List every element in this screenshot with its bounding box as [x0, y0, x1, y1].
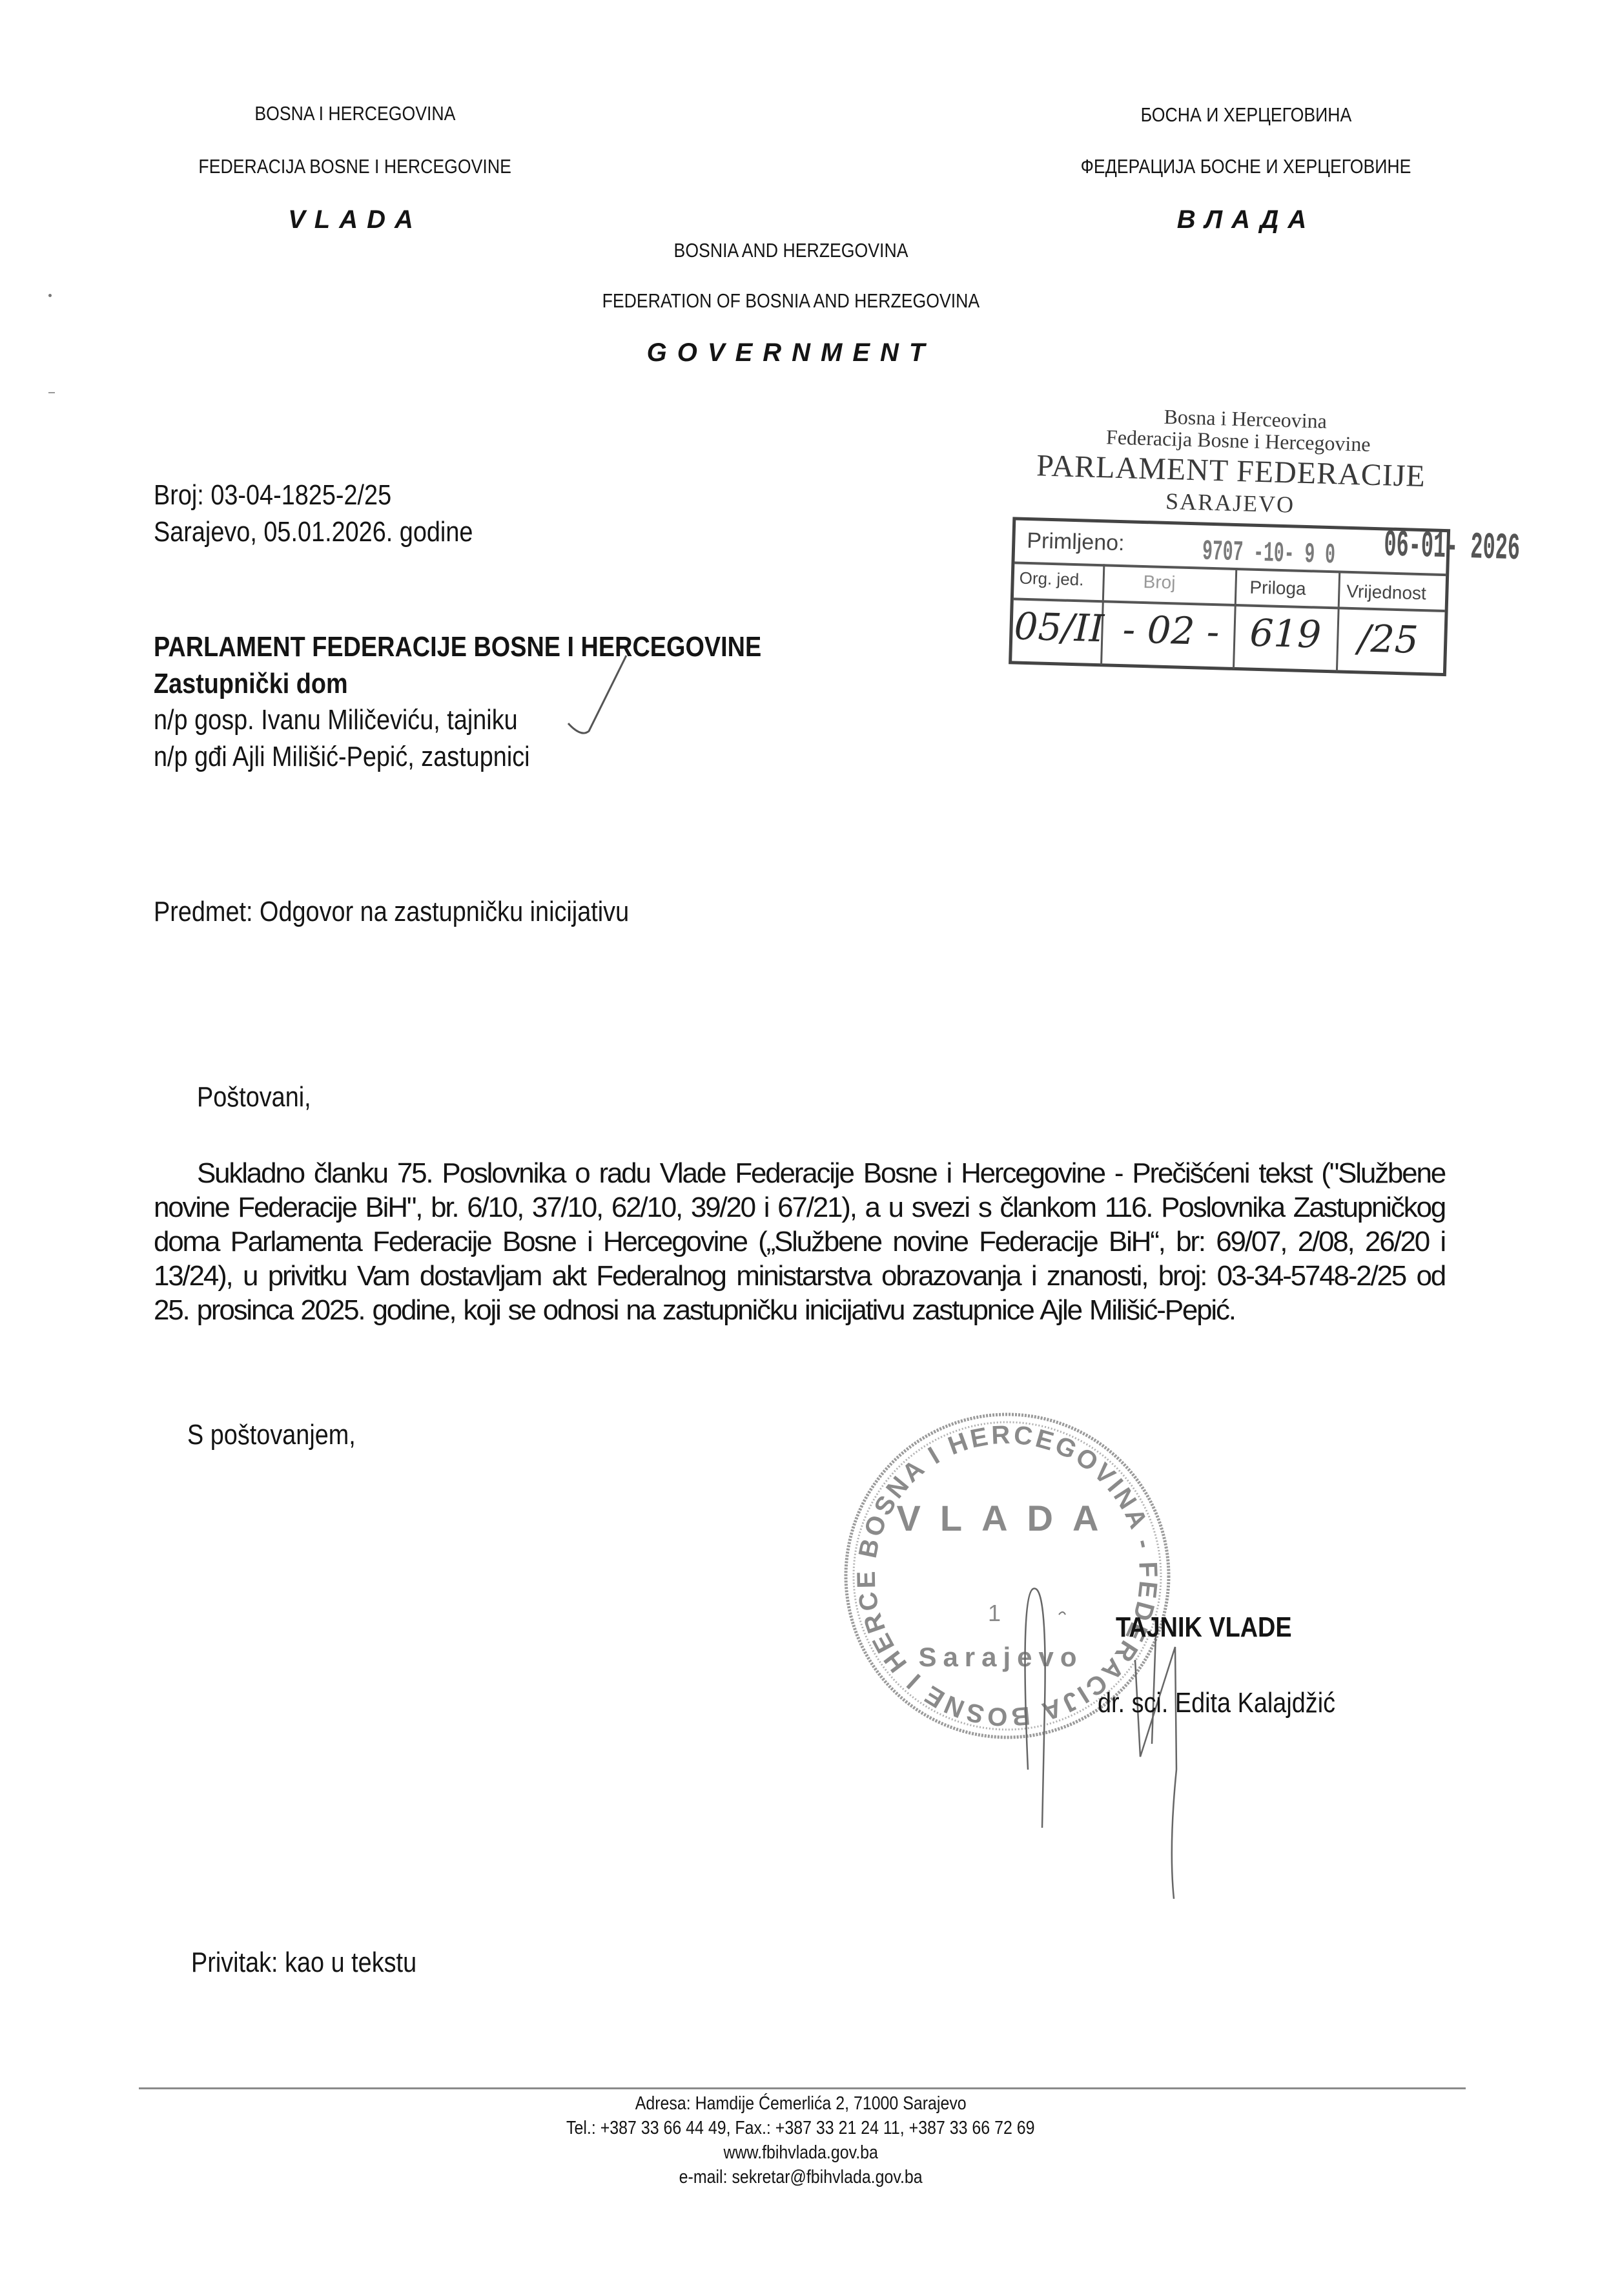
stamp-col-number: Broj	[1143, 572, 1176, 593]
stamp-received-label: Primljeno:	[1027, 528, 1125, 556]
footer-divider	[139, 2087, 1466, 2089]
letterhead-right-line1: БОСНА И ХЕРЦЕГОВИНА	[1020, 103, 1472, 127]
stamp-col-value: Vrijednost	[1346, 581, 1426, 604]
recipient-attn-representative: n/p gđi Ajli Milišić-Pepić, zastupnici	[154, 739, 591, 774]
stamp-hand-attachments: 619	[1249, 611, 1322, 657]
signature-name: dr. sci. Edita Kalajdžić	[1098, 1687, 1374, 1719]
stamp-received-date: 06-01- 2026	[1383, 524, 1520, 570]
letterhead-left-line1: BOSNA I HERCEGOVINA	[129, 102, 581, 125]
letterhead-center-line2: FEDERATION OF BOSNIA AND HERZEGOVINA	[504, 289, 1078, 313]
footer-email[interactable]: e-mail: sekretar@fbihvlada.gov.ba	[323, 2165, 1278, 2189]
svg-text:1: 1	[988, 1600, 1001, 1626]
footer-phone: Tel.: +387 33 66 44 49, Fax.: +387 33 21…	[323, 2116, 1278, 2140]
stamp-hand-value: /25	[1357, 616, 1419, 662]
letterhead-left-title: VLADA	[194, 205, 517, 234]
stamp-ghost-date: 9707 -10- 9 0	[1202, 536, 1335, 572]
subject-line: Predmet: Odgovor na zastupničku inicijat…	[154, 895, 706, 929]
recipient-institution: PARLAMENT FEDERACIJE BOSNE I HERCEGOVINE	[154, 630, 860, 664]
stamp-hand-number: - 02 -	[1122, 607, 1220, 654]
letterhead-left-line2: FEDERACIJA BOSNE I HERCEGOVINE	[97, 155, 613, 178]
recipient-chamber: Zastupnički dom	[154, 667, 380, 701]
reference-number: Broj: 03-04-1825-2/25	[154, 478, 430, 512]
reference-place-date: Sarajevo, 05.01.2026. godine	[154, 515, 525, 549]
closing: S poštovanjem,	[187, 1418, 383, 1452]
checkmark-icon	[555, 652, 633, 749]
letterhead-center-line1: BOSNIA AND HERZEGOVINA	[549, 239, 1033, 262]
stamp-col-org: Org. jed.	[1019, 568, 1084, 590]
svg-text:VLADA: VLADA	[897, 1498, 1118, 1538]
scan-mark	[48, 392, 55, 393]
recipient-attn-secretary: n/p gosp. Ivanu Miličeviću, tajniku	[154, 703, 577, 737]
letterhead-right-line2: ФЕДЕРАЦИЈА БОСНЕ И ХЕРЦЕГОВИНЕ	[988, 155, 1504, 178]
scan-mark	[48, 294, 52, 297]
receipt-stamp: Bosna i Herceovina Federacija Bosne i He…	[999, 388, 1498, 705]
signature-title: TAJNIK VLADE	[1116, 1611, 1320, 1644]
letterhead-center-title: GOVERNMENT	[581, 338, 1001, 367]
body-paragraph: Sukladno članku 75. Poslovnika o radu Vl…	[154, 1156, 1445, 1327]
footer-website[interactable]: www.fbihvlada.gov.ba	[323, 2140, 1278, 2165]
footer: Adresa: Hamdije Ćemerlića 2, 71000 Saraj…	[323, 2091, 1278, 2189]
salutation: Poštovani,	[197, 1080, 329, 1114]
footer-address: Adresa: Hamdije Ćemerlića 2, 71000 Saraj…	[323, 2091, 1278, 2116]
stamp-hand-org: 05/II	[1014, 604, 1105, 650]
stamp-col-attachments: Priloga	[1249, 577, 1306, 599]
letterhead-right-title: ВЛАДА	[1085, 205, 1408, 234]
attachment-note: Privitak: kao u tekstu	[191, 1945, 453, 1980]
